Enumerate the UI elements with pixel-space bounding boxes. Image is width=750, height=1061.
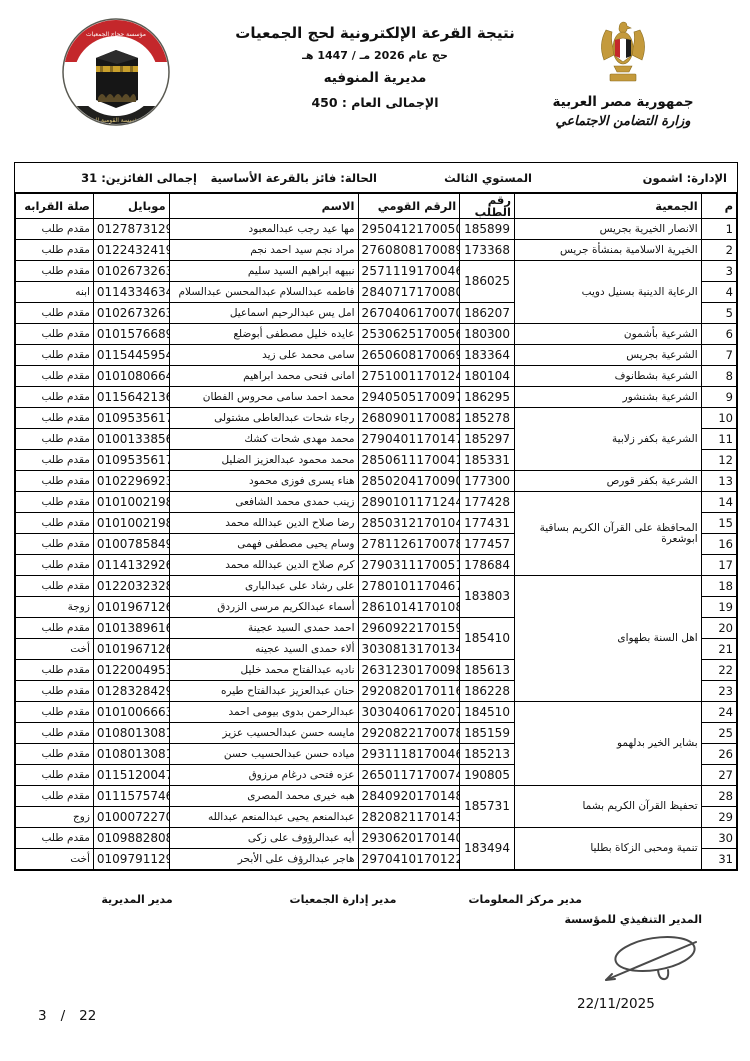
national-id-cell: 26501171700741 bbox=[358, 765, 460, 786]
row-number-cell: 28 bbox=[701, 786, 736, 807]
ministry-name: وزارة التضامن الاجتماعي bbox=[518, 114, 728, 129]
name-cell: حنان عبدالعزيز عبدالفتاح طيره bbox=[169, 681, 358, 702]
request-number-cell: 185213 bbox=[460, 744, 515, 765]
national-id-cell: 26809011700821 bbox=[358, 408, 460, 429]
row-number-cell: 18 bbox=[701, 576, 736, 597]
relation-cell: مقدم طلب bbox=[16, 555, 94, 576]
relation-cell: زوجة bbox=[16, 597, 94, 618]
relation-cell: أخت bbox=[16, 639, 94, 660]
table-row: 30تنمية ومحبى الزكاة بطليا18349429306201… bbox=[16, 828, 737, 849]
table-row: 14المحافظة على القرآن الكريم بساقية ابوش… bbox=[16, 492, 737, 513]
report-title: نتيجة القرعة الإلكترونية لحج الجمعيات bbox=[185, 24, 565, 42]
administration-label: الإدارة: اشمون bbox=[643, 171, 727, 185]
directorate-name: مديرية المنوفيه bbox=[185, 70, 565, 86]
row-number-cell: 12 bbox=[701, 450, 736, 471]
mobile-cell: 01224324191 bbox=[93, 240, 169, 261]
mobile-cell: 01141329268 bbox=[93, 555, 169, 576]
page-total: 22 bbox=[79, 1008, 96, 1024]
association-cell: الشرعية بجريس bbox=[514, 345, 701, 366]
report-header: نتيجة القرعة الإلكترونية لحج الجمعيات حج… bbox=[185, 24, 565, 110]
request-number-cell: 190805 bbox=[460, 765, 515, 786]
name-cell: فاطمه عبدالسلام عبدالمحسن عبدالسلام bbox=[169, 282, 358, 303]
request-number-cell: 177300 bbox=[460, 471, 515, 492]
national-id-cell: 28409201701482 bbox=[358, 786, 460, 807]
row-number-cell: 25 bbox=[701, 723, 736, 744]
name-cell: نبيهه ابراهيم السيد سليم bbox=[169, 261, 358, 282]
row-number-cell: 27 bbox=[701, 765, 736, 786]
relation-cell: مقدم طلب bbox=[16, 660, 94, 681]
request-number-cell: 177457 bbox=[460, 534, 515, 555]
request-number-cell: 185613 bbox=[460, 660, 515, 681]
request-number-cell: 186295 bbox=[460, 387, 515, 408]
name-cell: على رشاد على عبدالبارى bbox=[169, 576, 358, 597]
col-header-name: الاسم bbox=[169, 194, 358, 219]
national-id-cell: 29405051700979 bbox=[358, 387, 460, 408]
mobile-cell: 01080130810 bbox=[93, 744, 169, 765]
relation-cell: مقدم طلب bbox=[16, 261, 94, 282]
name-cell: ألاء حمدى السيد عجينه bbox=[169, 639, 358, 660]
table-row: 2الخيرية الاسلامية بمنشأة جريس1733682760… bbox=[16, 240, 737, 261]
request-number-cell: 185899 bbox=[460, 219, 515, 240]
table-row: 7الشرعية بجريس18336426506081700698سامى م… bbox=[16, 345, 737, 366]
table-header-row: م الجمعية رقم الطلب الرقم القومي الاسم م… bbox=[16, 194, 737, 219]
name-cell: مراد نجم سيد احمد نجم bbox=[169, 240, 358, 261]
national-id-cell: 30304061702079 bbox=[358, 702, 460, 723]
request-number-cell: 173368 bbox=[460, 240, 515, 261]
table-row: 13الشرعية بكفر قورص17730028502041700905ه… bbox=[16, 471, 737, 492]
association-cell: بشاير الخير بدلهمو bbox=[514, 702, 701, 786]
table-row: 1الانصار الخيرية بجريس185899295041217005… bbox=[16, 219, 737, 240]
mobile-cell: 01013896161 bbox=[93, 618, 169, 639]
relation-cell: مقدم طلب bbox=[16, 429, 94, 450]
table-row: 28تحفيظ القرآن الكريم بشما18573128409201… bbox=[16, 786, 737, 807]
row-number-cell: 11 bbox=[701, 429, 736, 450]
row-number-cell: 5 bbox=[701, 303, 736, 324]
table-row: 24بشاير الخير بدلهمو18451030304061702079… bbox=[16, 702, 737, 723]
request-number-cell: 185331 bbox=[460, 450, 515, 471]
status-label: الحالة: فائز بالقرعة الأساسية bbox=[211, 171, 377, 185]
association-cell: تحفيظ القرآن الكريم بشما bbox=[514, 786, 701, 828]
mobile-cell: 01022969237 bbox=[93, 471, 169, 492]
kaaba-icon bbox=[96, 50, 138, 108]
signature-associations-manager: مدير إدارة الجمعيات bbox=[288, 893, 398, 906]
national-id-cell: 28506111700415 bbox=[358, 450, 460, 471]
national-id-cell: 27811261700786 bbox=[358, 534, 460, 555]
row-number-cell: 19 bbox=[701, 597, 736, 618]
mobile-cell: 01220049532 bbox=[93, 660, 169, 681]
name-cell: محمد احمد سامى محروس الفطان bbox=[169, 387, 358, 408]
national-id-cell: 29208221700782 bbox=[358, 723, 460, 744]
row-number-cell: 24 bbox=[701, 702, 736, 723]
request-number-cell: 185731 bbox=[460, 786, 515, 828]
table-row: 6الشرعية بأشمون18030025306251700563عايده… bbox=[16, 324, 737, 345]
mobile-cell: 01080130810 bbox=[93, 723, 169, 744]
handwritten-signature-icon bbox=[592, 928, 710, 994]
relation-cell: مقدم طلب bbox=[16, 471, 94, 492]
page-separator: / bbox=[61, 1008, 66, 1024]
row-number-cell: 21 bbox=[701, 639, 736, 660]
relation-cell: مقدم طلب bbox=[16, 828, 94, 849]
mobile-cell: 01015766894 bbox=[93, 324, 169, 345]
row-number-cell: 13 bbox=[701, 471, 736, 492]
relation-cell: مقدم طلب bbox=[16, 618, 94, 639]
mobile-cell: 01097911290 bbox=[93, 849, 169, 870]
col-header-mobile: موبايل bbox=[93, 194, 169, 219]
national-id-cell: 29704101701227 bbox=[358, 849, 460, 870]
relation-cell: مقدم طلب bbox=[16, 240, 94, 261]
national-id-cell: 28502041700905 bbox=[358, 471, 460, 492]
mobile-cell: 01283284296 bbox=[93, 681, 169, 702]
name-cell: احمد حمدى السيد عجينة bbox=[169, 618, 358, 639]
signature-executive-manager: المدير التنفيذي للمؤسسة bbox=[572, 913, 702, 926]
row-number-cell: 10 bbox=[701, 408, 736, 429]
signature-info-center-manager: مدير مركز المعلومات bbox=[472, 893, 582, 906]
association-cell: الشرعية بشنشور bbox=[514, 387, 701, 408]
association-cell: الخيرية الاسلامية بمنشأة جريس bbox=[514, 240, 701, 261]
svg-text:مؤسسة حجاج الجمعيات: مؤسسة حجاج الجمعيات bbox=[86, 31, 146, 38]
name-cell: ناديه عبدالفتاح محمد خليل bbox=[169, 660, 358, 681]
mobile-cell: 01019671260 bbox=[93, 597, 169, 618]
national-id-cell: 29208201701162 bbox=[358, 681, 460, 702]
relation-cell: مقدم طلب bbox=[16, 219, 94, 240]
hajj-year: حج عام 2026 مـ / 1447 هـ bbox=[185, 49, 565, 62]
mobile-cell: 01026732637 bbox=[93, 261, 169, 282]
relation-cell: مقدم طلب bbox=[16, 534, 94, 555]
name-cell: سامى محمد على زيد bbox=[169, 345, 358, 366]
association-cell: الشرعية بكفر قورص bbox=[514, 471, 701, 492]
relation-cell: مقدم طلب bbox=[16, 576, 94, 597]
request-number-cell: 184510 bbox=[460, 702, 515, 723]
report-date: 22/11/2025 bbox=[577, 996, 655, 1012]
results-table: م الجمعية رقم الطلب الرقم القومي الاسم م… bbox=[15, 193, 737, 870]
request-number-cell: 177428 bbox=[460, 492, 515, 513]
name-cell: عزه فتحى درغام مرزوق bbox=[169, 765, 358, 786]
mobile-cell: 01220323280 bbox=[93, 576, 169, 597]
mobile-cell: 01151200472 bbox=[93, 765, 169, 786]
info-bar: الإدارة: اشمون المستوي الثالث الحالة: فا… bbox=[15, 163, 737, 193]
row-number-cell: 4 bbox=[701, 282, 736, 303]
name-cell: كرم صلاح الدين عبدالله محمد bbox=[169, 555, 358, 576]
request-number-cell: 180300 bbox=[460, 324, 515, 345]
mobile-cell: 01000722707 bbox=[93, 807, 169, 828]
national-id-cell: 29311181700461 bbox=[358, 744, 460, 765]
name-cell: أيه عبدالرؤوف على زكى bbox=[169, 828, 358, 849]
row-number-cell: 9 bbox=[701, 387, 736, 408]
table-row: 18اهل السنة بطهواى18380327801011704675عل… bbox=[16, 576, 737, 597]
hajj-kaaba-emblem-icon: مؤسسة حجاج الجمعيات المؤسسة القومية للحج bbox=[60, 14, 172, 136]
relation-cell: مقدم طلب bbox=[16, 702, 94, 723]
row-number-cell: 31 bbox=[701, 849, 736, 870]
egypt-eagle-emblem-icon bbox=[594, 18, 652, 86]
relation-cell: مقدم طلب bbox=[16, 345, 94, 366]
table-row: 9الشرعية بشنشور18629529405051700979محمد … bbox=[16, 387, 737, 408]
row-number-cell: 6 bbox=[701, 324, 736, 345]
signature-directorate-manager: مدير المديرية bbox=[92, 893, 182, 906]
col-header-request-no: رقم الطلب bbox=[460, 194, 515, 219]
relation-cell: مقدم طلب bbox=[16, 450, 94, 471]
national-id-cell: 27510011701248 bbox=[358, 366, 460, 387]
request-number-cell: 183803 bbox=[460, 576, 515, 618]
mobile-cell: 01001338561 bbox=[93, 429, 169, 450]
relation-cell: مقدم طلب bbox=[16, 408, 94, 429]
national-id-cell: 29609221701597 bbox=[358, 618, 460, 639]
relation-cell: مقدم طلب bbox=[16, 387, 94, 408]
mobile-cell: 01095356172 bbox=[93, 450, 169, 471]
association-cell: تنمية ومحبى الزكاة بطليا bbox=[514, 828, 701, 870]
national-id-cell: 26704061700701 bbox=[358, 303, 460, 324]
name-cell: هناء يسرى فوزى محمود bbox=[169, 471, 358, 492]
association-cell: الشرعية بأشمون bbox=[514, 324, 701, 345]
mobile-cell: 01010021987 bbox=[93, 492, 169, 513]
row-number-cell: 15 bbox=[701, 513, 736, 534]
national-id-cell: 30308131701348 bbox=[358, 639, 460, 660]
table-row: 3الرعاية الدينية بسنيل دويب1860252571119… bbox=[16, 261, 737, 282]
row-number-cell: 26 bbox=[701, 744, 736, 765]
national-id-cell: 25711191700463 bbox=[358, 261, 460, 282]
association-cell: المحافظة على القرآن الكريم بساقية ابوشعر… bbox=[514, 492, 701, 576]
name-cell: مياده حسن عبدالحسيب حسن bbox=[169, 744, 358, 765]
row-number-cell: 8 bbox=[701, 366, 736, 387]
relation-cell: مقدم طلب bbox=[16, 765, 94, 786]
name-cell: محمد محمود عبدالعزيز الضليل bbox=[169, 450, 358, 471]
mobile-cell: 01010806643 bbox=[93, 366, 169, 387]
relation-cell: مقدم طلب bbox=[16, 303, 94, 324]
relation-cell: مقدم طلب bbox=[16, 786, 94, 807]
mobile-cell: 01098828082 bbox=[93, 828, 169, 849]
relation-cell: زوج bbox=[16, 807, 94, 828]
name-cell: مها عيد رجب عبدالمعبود bbox=[169, 219, 358, 240]
mobile-cell: 01007858498 bbox=[93, 534, 169, 555]
relation-cell: ابنه bbox=[16, 282, 94, 303]
relation-cell: مقدم طلب bbox=[16, 723, 94, 744]
name-cell: أسماء عبدالكريم مرسى الزردق bbox=[169, 597, 358, 618]
name-cell: رضا صلاح الدين عبدالله محمد bbox=[169, 513, 358, 534]
request-number-cell: 185410 bbox=[460, 618, 515, 660]
row-number-cell: 22 bbox=[701, 660, 736, 681]
request-number-cell: 186025 bbox=[460, 261, 515, 303]
row-number-cell: 3 bbox=[701, 261, 736, 282]
association-cell: الرعاية الدينية بسنيل دويب bbox=[514, 261, 701, 324]
request-number-cell: 178684 bbox=[460, 555, 515, 576]
association-cell: الانصار الخيرية بجريس bbox=[514, 219, 701, 240]
name-cell: محمد مهدى شحات كشك bbox=[169, 429, 358, 450]
row-number-cell: 1 bbox=[701, 219, 736, 240]
row-number-cell: 2 bbox=[701, 240, 736, 261]
name-cell: عبدالمنعم يحيى عبدالمنعم عبدالله bbox=[169, 807, 358, 828]
national-id-cell: 29504121700503 bbox=[358, 219, 460, 240]
name-cell: زينب حمدى محمد الشافعى bbox=[169, 492, 358, 513]
country-name: جمهورية مصر العربية bbox=[518, 94, 728, 110]
mobile-cell: 01095356172 bbox=[93, 408, 169, 429]
relation-cell: أخت bbox=[16, 849, 94, 870]
row-number-cell: 7 bbox=[701, 345, 736, 366]
winners-total-label: إجمالى الفائزين: 31 bbox=[81, 171, 197, 185]
relation-cell: مقدم طلب bbox=[16, 744, 94, 765]
row-number-cell: 14 bbox=[701, 492, 736, 513]
national-id-cell: 28407171700807 bbox=[358, 282, 460, 303]
national-id-cell: 28901011712447 bbox=[358, 492, 460, 513]
name-cell: هبه خيرى محمد المصرى bbox=[169, 786, 358, 807]
mobile-cell: 01010066635 bbox=[93, 702, 169, 723]
association-cell: اهل السنة بطهواى bbox=[514, 576, 701, 702]
national-id-cell: 28503121701046 bbox=[358, 513, 460, 534]
national-id-cell: 27801011704675 bbox=[358, 576, 460, 597]
national-id-cell: 29306201701407 bbox=[358, 828, 460, 849]
mobile-cell: 01143346349 bbox=[93, 282, 169, 303]
row-number-cell: 17 bbox=[701, 555, 736, 576]
col-header-national-id: الرقم القومي bbox=[358, 194, 460, 219]
mobile-cell: 01019671260 bbox=[93, 639, 169, 660]
mobile-cell: 01156421366 bbox=[93, 387, 169, 408]
mobile-cell: 01154459546 bbox=[93, 345, 169, 366]
col-header-no: م bbox=[701, 194, 736, 219]
association-cell: الشرعية بشطانوف bbox=[514, 366, 701, 387]
national-id-cell: 28610141701086 bbox=[358, 597, 460, 618]
national-id-cell: 27904011701475 bbox=[358, 429, 460, 450]
national-id-cell: 27903111700518 bbox=[358, 555, 460, 576]
mobile-cell: 01115757461 bbox=[93, 786, 169, 807]
national-id-cell: 26312301700989 bbox=[358, 660, 460, 681]
row-number-cell: 29 bbox=[701, 807, 736, 828]
name-cell: عبدالرحمن بدوى بيومى احمد bbox=[169, 702, 358, 723]
mobile-cell: 01026732637 bbox=[93, 303, 169, 324]
document-page: مؤسسة حجاج الجمعيات المؤسسة القومية للحج… bbox=[0, 0, 750, 1061]
mobile-cell: 01010021987 bbox=[93, 513, 169, 534]
relation-cell: مقدم طلب bbox=[16, 324, 94, 345]
request-number-cell: 180104 bbox=[460, 366, 515, 387]
request-number-cell: 177431 bbox=[460, 513, 515, 534]
name-cell: مايسه حسن عبدالحسيب عزيز bbox=[169, 723, 358, 744]
results-table-container: الإدارة: اشمون المستوي الثالث الحالة: فا… bbox=[14, 162, 738, 871]
name-cell: وسام يحيى مصطفى فهمى bbox=[169, 534, 358, 555]
national-id-cell: 28208211701434 bbox=[358, 807, 460, 828]
page-number: 3 bbox=[38, 1008, 47, 1024]
name-cell: عايده خليل مصطفى أبوضلع bbox=[169, 324, 358, 345]
national-id-cell: 25306251700563 bbox=[358, 324, 460, 345]
national-id-cell: 27608081700893 bbox=[358, 240, 460, 261]
name-cell: رجاء شحات عبدالعاطى مشتولى bbox=[169, 408, 358, 429]
request-number-cell: 183364 bbox=[460, 345, 515, 366]
request-number-cell: 186207 bbox=[460, 303, 515, 324]
table-row: 10الشرعية بكفر زلابية1852782680901170082… bbox=[16, 408, 737, 429]
row-number-cell: 30 bbox=[701, 828, 736, 849]
name-cell: هاجر عبدالرؤف على الأبحر bbox=[169, 849, 358, 870]
row-number-cell: 20 bbox=[701, 618, 736, 639]
association-cell: الشرعية بكفر زلابية bbox=[514, 408, 701, 471]
request-number-cell: 185159 bbox=[460, 723, 515, 744]
name-cell: امانى فتحى محمد ابراهيم bbox=[169, 366, 358, 387]
relation-cell: مقدم طلب bbox=[16, 513, 94, 534]
level-label: المستوي الثالث bbox=[444, 171, 532, 185]
row-number-cell: 16 bbox=[701, 534, 736, 555]
name-cell: امل يس عبدالرحيم اسماعيل bbox=[169, 303, 358, 324]
request-number-cell: 185297 bbox=[460, 429, 515, 450]
col-header-association: الجمعية bbox=[514, 194, 701, 219]
mobile-cell: 01278731294 bbox=[93, 219, 169, 240]
relation-cell: مقدم طلب bbox=[16, 366, 94, 387]
row-number-cell: 23 bbox=[701, 681, 736, 702]
relation-cell: مقدم طلب bbox=[16, 492, 94, 513]
request-number-cell: 183494 bbox=[460, 828, 515, 870]
request-number-cell: 186228 bbox=[460, 681, 515, 702]
relation-cell: مقدم طلب bbox=[16, 681, 94, 702]
national-id-cell: 26506081700698 bbox=[358, 345, 460, 366]
table-row: 8الشرعية بشطانوف18010427510011701248امان… bbox=[16, 366, 737, 387]
national-emblem-block: جمهورية مصر العربية وزارة التضامن الاجتم… bbox=[518, 18, 728, 129]
grand-total: الإجمالى العام : 450 bbox=[185, 95, 565, 110]
page-indicator: 3 / 22 bbox=[38, 1008, 96, 1024]
results-table-body: 1الانصار الخيرية بجريس185899295041217005… bbox=[16, 219, 737, 870]
col-header-relation: صلة القرابه bbox=[16, 194, 94, 219]
request-number-cell: 185278 bbox=[460, 408, 515, 429]
